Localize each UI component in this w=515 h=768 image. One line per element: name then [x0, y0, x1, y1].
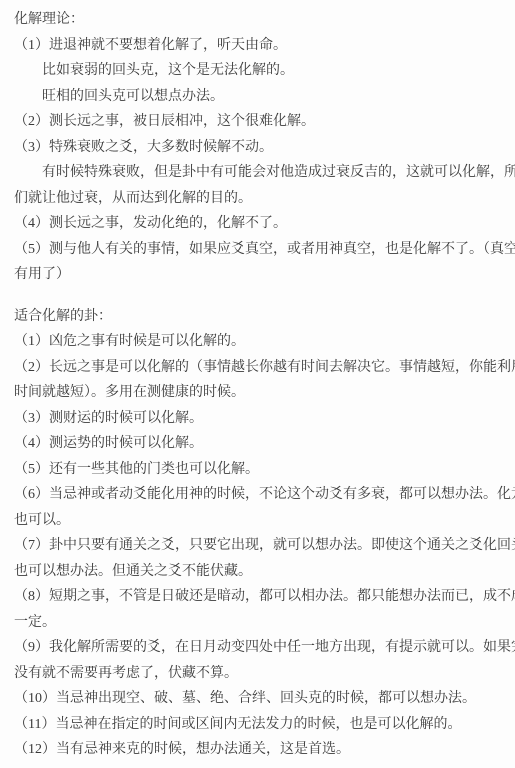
text-line: （9）我化解所需要的爻，在日月动变四处中任一地方出现，有提示就可以。如果完全: [14, 635, 503, 661]
section-suitable-hexagrams: 适合化解的卦： （1）凶危之事有时候是可以化解的。 （2）长远之事是可以化解的（…: [14, 304, 503, 763]
text-line: 也可以。: [14, 508, 503, 534]
text-line: （6）当忌神或者动爻能化用神的时候，不论这个动爻有多衰，都可以想办法。化元神: [14, 482, 503, 508]
text-line: （2）长远之事是可以化解的（事情越长你越有时间去解决它。事情越短，你能利用的: [14, 355, 503, 381]
text-line: 旺相的回头克可以想点办法。: [14, 84, 503, 110]
text-line: （2）测长远之事，被日辰相冲，这个很难化解。: [14, 109, 503, 135]
text-line: 们就让他过衰，从而达到化解的目的。: [14, 186, 503, 212]
section-resolution-theory: 化解理论： （1）进退神就不要想着化解了，听天由命。 比如衰弱的回头克，这个是无…: [14, 7, 503, 288]
text-line: （3）测财运的时候可以化解。: [14, 406, 503, 432]
text-line: （5）测与他人有关的事情，如果应爻真空，或者用神真空，也是化解不了。（真空没: [14, 237, 503, 263]
text-line: （3）特殊衰败之爻，大多数时候解不动。: [14, 135, 503, 161]
text-line: （1）凶危之事有时候是可以化解的。: [14, 329, 503, 355]
section-heading: 化解理论：: [14, 7, 503, 33]
text-line: 时间就越短）。多用在测健康的时候。: [14, 380, 503, 406]
text-line: （5）还有一些其他的门类也可以化解。: [14, 457, 503, 483]
text-line: （11）当忌神在指定的时间或区间内无法发力的时候，也是可以化解的。: [14, 712, 503, 738]
text-line: 比如衰弱的回头克，这个是无法化解的。: [14, 58, 503, 84]
text-line: 有用了）: [14, 262, 503, 288]
text-line: （8）短期之事，不管是日破还是暗动，都可以相办法。都只能想办法而已，成不成不: [14, 584, 503, 610]
text-line: （4）测长远之事，发动化绝的，化解不了。: [14, 211, 503, 237]
text-line: 也可以想办法。但通关之爻不能伏藏。: [14, 559, 503, 585]
text-line: 有时候特殊衰败，但是卦中有可能会对他造成过衰反吉的，这就可以化解，所以我: [14, 160, 503, 186]
document-page: 化解理论： （1）进退神就不要想着化解了，听天由命。 比如衰弱的回头克，这个是无…: [0, 0, 515, 768]
section-heading: 适合化解的卦：: [14, 304, 503, 330]
text-line: 一定。: [14, 610, 503, 636]
text-line: （12）当有忌神来克的时候，想办法通关，这是首选。: [14, 737, 503, 763]
text-line: （10）当忌神出现空、破、墓、绝、合绊、回头克的时候，都可以想办法。: [14, 686, 503, 712]
text-line: （1）进退神就不要想着化解了，听天由命。: [14, 33, 503, 59]
text-line: 没有就不需要再考虑了，伏藏不算。: [14, 661, 503, 687]
text-line: （4）测运势的时候可以化解。: [14, 431, 503, 457]
text-line: （7）卦中只要有通关之爻，只要它出现，就可以想办法。即使这个通关之爻化回头克，: [14, 533, 503, 559]
